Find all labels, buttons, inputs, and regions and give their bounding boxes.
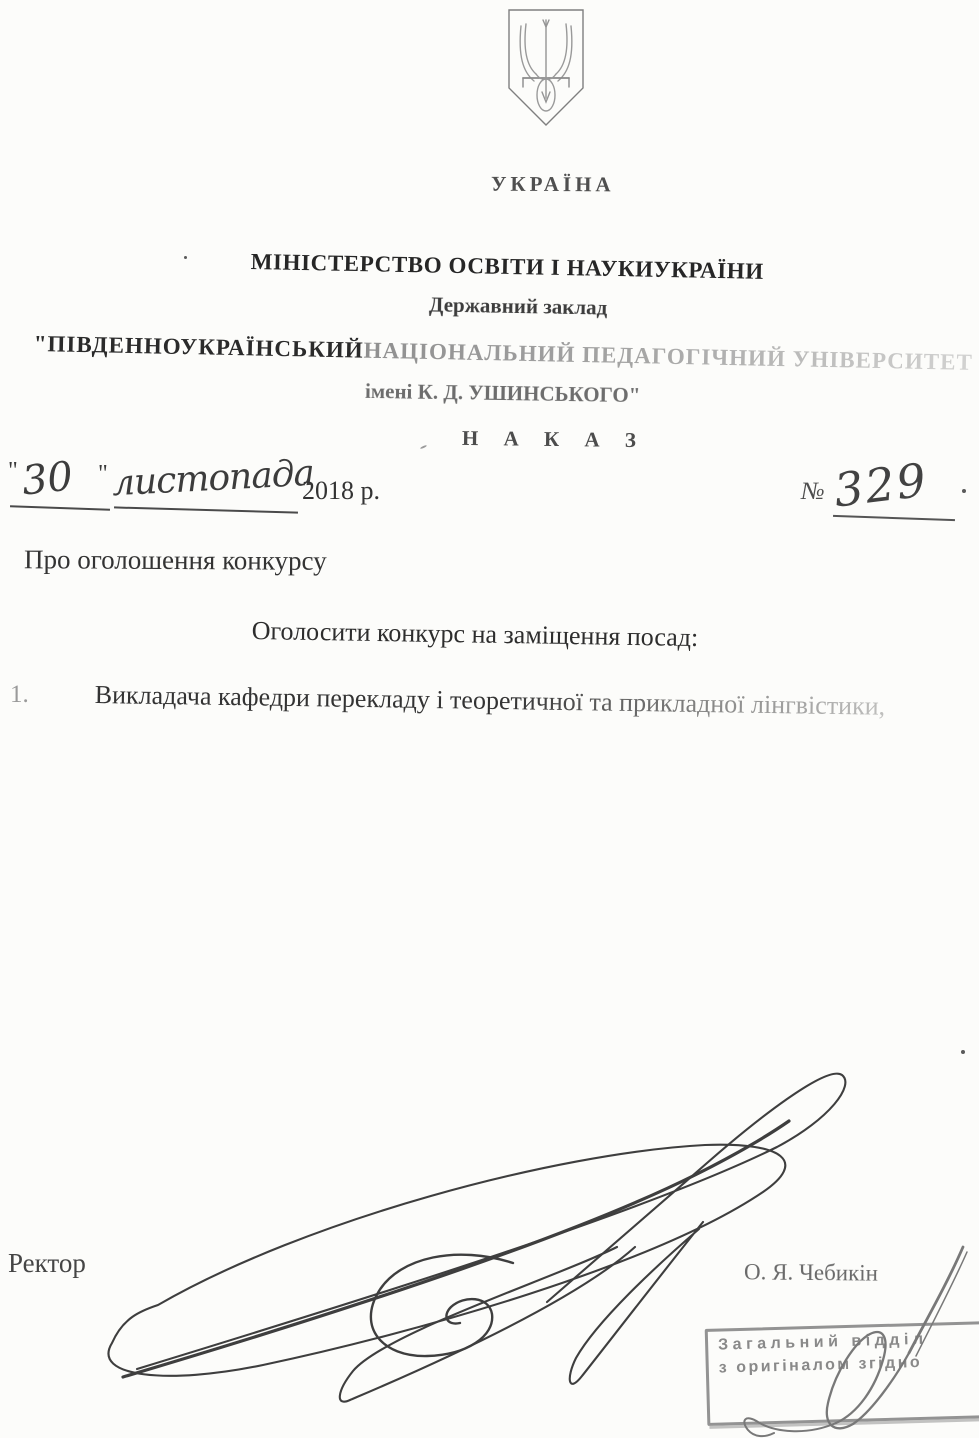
date-month-underline [114,506,298,513]
signer-position-label: Ректор [8,1248,86,1279]
university-name-secondary: НАЦІОНАЛЬНИЙ ПЕДАГОГІЧНИЙ УНІВЕРСИТЕТ [363,338,973,376]
scan-speck [961,1050,965,1054]
scan-speck [575,312,577,314]
scanned-order-document: УКРАЇНА МІНІСТЕРСТВО ОСВІТИ І НАУКИУКРАЇ… [0,0,979,1438]
order-number-underline [833,515,955,521]
scan-speck [184,256,187,259]
university-named-after: імені К. Д. УШИНСЬКОГО" [365,379,641,408]
scan-speck [962,489,966,493]
date-mid-quote: " [98,461,108,488]
document-type-title: Н А К А З [462,426,646,453]
ministry-name: МІНІСТЕРСТВО ОСВІТИ І НАУКИУКРАЇНИ [251,249,765,285]
institution-type: Державний заклад [429,292,608,320]
date-day-underline [10,505,110,510]
list-item-number: 1. [10,681,29,709]
order-number-sign: № [801,478,825,506]
certification-signature [688,1240,979,1438]
date-year: 2018 р. [302,476,380,506]
list-item-text: Викладача кафедри перекладу і теоретично… [95,680,886,722]
subject-line: Про оголошення конкурсу [24,544,327,577]
date-month-handwritten: листопада [111,453,315,505]
date-day-handwritten: 30 [20,453,75,504]
order-statement: Оголосити конкурс на заміщення посад: [252,616,699,653]
university-name-primary: "ПІВДЕННОУКРАЇНСЬКИЙ [33,331,363,363]
ukraine-trident-emblem [504,6,588,128]
order-number-handwritten: 329 [831,452,931,517]
scan-speck [420,445,427,450]
university-name-line: "ПІВДЕННОУКРАЇНСЬКИЙ НАЦІОНАЛЬНИЙ ПЕДАГО… [33,331,973,376]
date-open-quote: " [8,458,18,485]
country-name: УКРАЇНА [491,172,615,198]
